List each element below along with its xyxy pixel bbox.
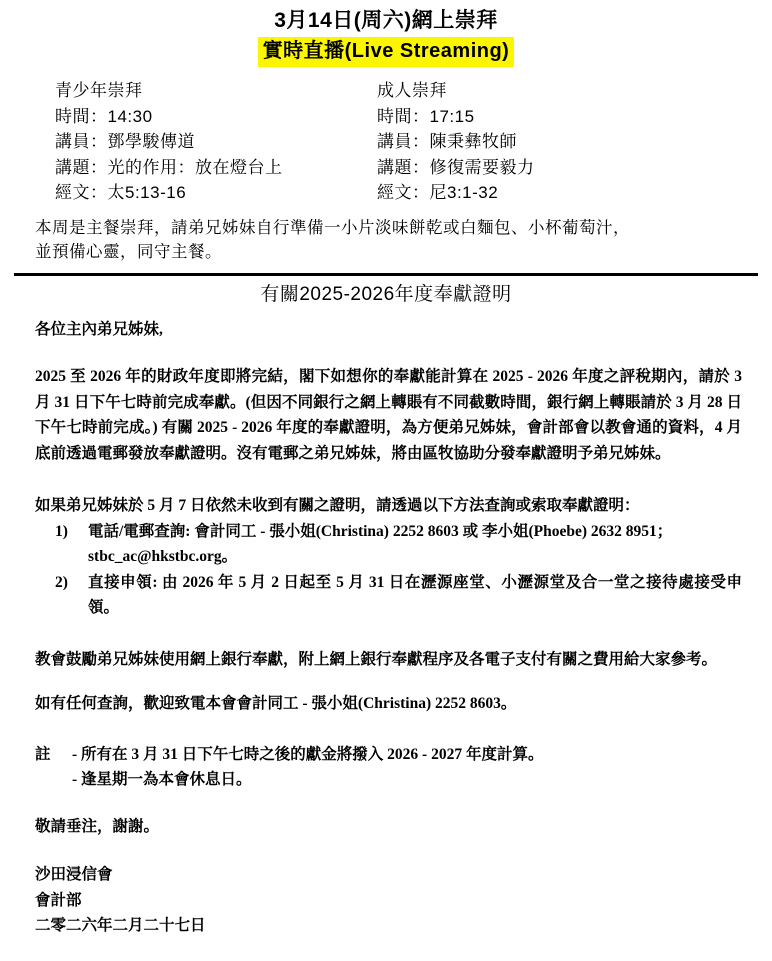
letter-salutation: 各位主內弟兄姊妹, [35,317,742,343]
signature-organization: 沙田浸信會 [35,862,742,888]
letter-paragraph-2-intro: 如果弟兄姊妹於 5 月 7 日依然未收到有關之證明，請透過以下方法查詢或索取奉獻… [35,493,742,519]
youth-service-time: 時間：14:30 [55,104,377,130]
letter-title: 有關2025-2026年度奉獻證明 [0,282,772,308]
bulletin-page: 3月14日(周六)網上崇拜 實時直播(Live Streaming) 青少年崇拜… [0,0,772,961]
service-info: 青少年崇拜 時間：14:30 講員：鄧學駿傳道 講題：光的作用：放在燈台上 經文… [0,78,772,206]
note-label: 註 [35,742,72,793]
youth-service-topic: 講題：光的作用：放在燈台上 [55,155,377,181]
adult-service-time: 時間：17:15 [377,104,717,130]
communion-note-line2: 並預備心靈，同守主餐。 [35,240,742,264]
note-item-1: - 所有在 3 月 31 日下午七時之後的獻金將撥入 2026 - 2027 年… [72,742,742,768]
adult-service-name: 成人崇拜 [377,78,717,104]
letter-paragraph-3: 教會鼓勵弟兄姊妹使用網上銀行奉獻，附上網上銀行奉獻程序及各電子支付有關之費用給大… [35,647,742,673]
worship-title: 3月14日(周六)網上崇拜 [0,7,772,34]
section-divider [14,273,758,276]
list-item-2-number: 2) [55,570,88,621]
live-streaming-line: 實時直播(Live Streaming) [0,37,772,67]
list-item-1-number: 1) [55,519,88,570]
list-item-1-body: 電話/電郵查詢: 會計同工 - 張小姐(Christina) 2252 8603… [88,519,742,570]
adult-service-column: 成人崇拜 時間：17:15 講員：陳秉彝牧師 講題：修復需要毅力 經文：尼3:1… [377,78,717,206]
communion-note: 本周是主餐崇拜，請弟兄姊妹自行準備一小片淡味餅乾或白麵包、小杯葡萄汁， 並預備心… [35,216,742,264]
contact-email: stbc_ac@hkstbc.org。 [88,544,742,570]
note-item-2: - 逢星期一為本會休息日。 [72,767,742,793]
letter-paragraph-4: 如有任何查詢，歡迎致電本會會計同工 - 張小姐(Christina) 2252 … [35,691,742,717]
list-item-2: 2) 直接申領: 由 2026 年 5 月 2 日起至 5 月 31 日在瀝源座… [55,570,742,621]
youth-service-name: 青少年崇拜 [55,78,377,104]
youth-service-scripture: 經文：太5:13-16 [55,180,377,206]
list-item-1: 1) 電話/電郵查詢: 會計同工 - 張小姐(Christina) 2252 8… [55,519,742,570]
live-streaming-badge: 實時直播(Live Streaming) [258,37,515,67]
letter-paragraph-1: 2025 至 2026 年的財政年度即將完結，閣下如想你的奉獻能計算在 2025… [35,364,742,466]
adult-service-speaker: 講員：陳秉彝牧師 [377,129,717,155]
signature-date: 二零二六年二月二十七日 [35,913,742,939]
letter-closing: 敬請垂注，謝謝。 [35,814,742,840]
note-body: - 所有在 3 月 31 日下午七時之後的獻金將撥入 2026 - 2027 年… [72,742,742,793]
letter-signature: 沙田浸信會 會計部 二零二六年二月二十七日 [35,862,742,939]
signature-department: 會計部 [35,888,742,914]
list-item-1-line1: 電話/電郵查詢: 會計同工 - 張小姐(Christina) 2252 8603… [88,519,742,545]
youth-service-speaker: 講員：鄧學駿傳道 [55,129,377,155]
adult-service-topic: 講題：修復需要毅力 [377,155,717,181]
youth-service-column: 青少年崇拜 時間：14:30 講員：鄧學駿傳道 講題：光的作用：放在燈台上 經文… [55,78,377,206]
adult-service-scripture: 經文：尼3:1-32 [377,180,717,206]
list-item-2-body: 直接申領: 由 2026 年 5 月 2 日起至 5 月 31 日在瀝源座堂、小… [88,570,742,621]
letter-note: 註 - 所有在 3 月 31 日下午七時之後的獻金將撥入 2026 - 2027… [35,742,742,793]
letter-body: 各位主內弟兄姊妹, 2025 至 2026 年的財政年度即將完結，閣下如想你的奉… [35,317,742,939]
communion-note-line1: 本周是主餐崇拜，請弟兄姊妹自行準備一小片淡味餅乾或白麵包、小杯葡萄汁， [35,216,742,240]
